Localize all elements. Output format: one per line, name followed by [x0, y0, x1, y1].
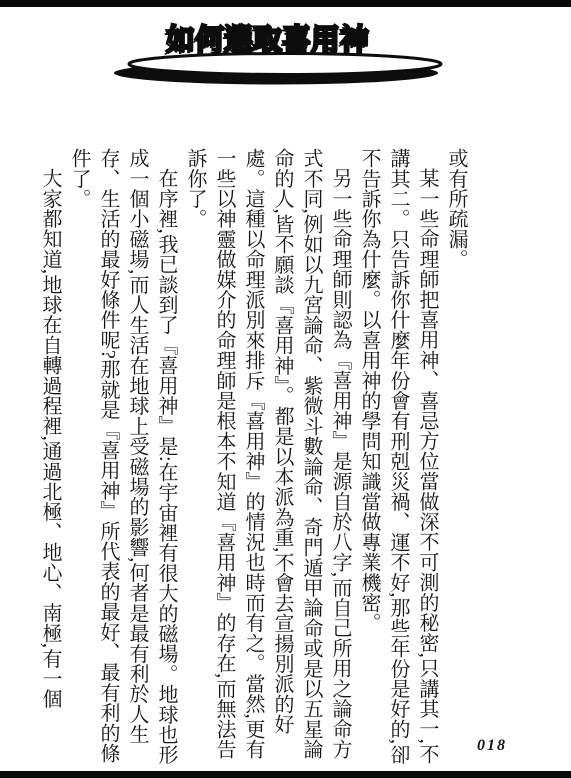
- paragraph-continuation: 或有所疏漏。: [441, 148, 470, 772]
- paragraph: 大家都知道,地球在自轉過程裡,通過北極、地心、南極,有一個: [35, 148, 64, 772]
- chapter-title-banner: 如何選取喜用神: [110, 18, 455, 88]
- book-page: 如何選取喜用神 或有所疏漏。 某一些命理師把喜用神、喜忌方位當做深不可測的秘密,…: [0, 0, 571, 778]
- page-number: 018: [477, 737, 507, 755]
- paragraph: 在序裡,我已談到了『喜用神』是:在宇宙裡有很大的磁場。地球也形成一個小磁場,而人…: [64, 148, 180, 772]
- vertical-text-block: 或有所疏漏。 某一些命理師把喜用神、喜忌方位當做深不可測的秘密,只講其一,不講其…: [35, 148, 470, 772]
- paragraph: 另一些命理師則認為『喜用神』是源自於八字,而自己所用之論命方式不同,例如以九宮論…: [180, 148, 354, 772]
- paragraph: 某一些命理師把喜用神、喜忌方位當做深不可測的秘密,只講其一,不講其二。只告訴你什…: [354, 148, 441, 772]
- page-title: 如何選取喜用神: [166, 26, 369, 55]
- bottom-edge-bar: [0, 771, 571, 778]
- top-edge-bar: [0, 0, 571, 7]
